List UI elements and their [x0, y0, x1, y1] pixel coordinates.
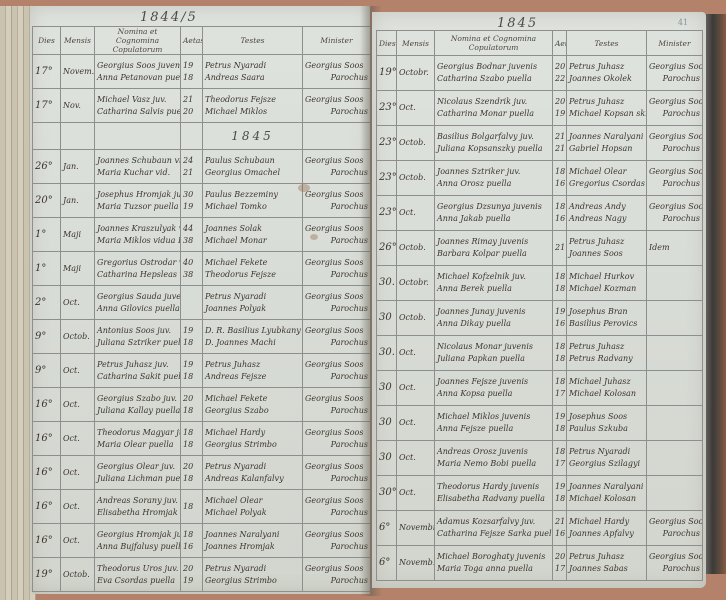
- day-cell: 16°: [33, 490, 61, 524]
- bride-age: 18: [183, 337, 200, 349]
- ages-cell: 1918: [553, 406, 567, 441]
- minister-cell: Georgius SoosParochus: [647, 546, 703, 581]
- table-row: 23°Octob.Basilius Bolgarfalvy juv.Julian…: [377, 126, 703, 161]
- minister-cell: Georgius SoosParochus: [647, 56, 703, 91]
- bride-name: Catharina Hepsleas vidua Miklos: [97, 269, 178, 281]
- bride-name: Anna Dikay puella: [437, 318, 550, 330]
- witness-1: Michael Hardy: [569, 516, 644, 528]
- day-cell: 30.: [377, 336, 397, 371]
- day-cell: 16°: [33, 422, 61, 456]
- witness-1: Theodorus Fejsze: [205, 94, 300, 106]
- right-register-table: Dies Mensis Nomina et Cognomina Copulato…: [376, 30, 703, 581]
- minister-name: Georgius Soos: [649, 516, 700, 528]
- witnesses-cell: Michael OlearGregorius Csordas: [567, 161, 647, 196]
- witness-2: Joannes Okolek: [569, 73, 644, 85]
- year-separator: 1845: [203, 123, 303, 150]
- witness-1: Michael Olear: [569, 166, 644, 178]
- groom-age: 20: [555, 551, 564, 563]
- table-row: 26°Octob.Joannes Rimay juvenisBarbara Ko…: [377, 231, 703, 266]
- bride-name: Maria Toga anna puella: [437, 563, 550, 575]
- col-mensis: Mensis: [61, 27, 95, 55]
- witness-1: Josephus Bran: [569, 306, 644, 318]
- bride-age: 18: [555, 353, 564, 365]
- minister-title: Parochus: [305, 167, 368, 179]
- bride-name: Anna Bujfalusy puella: [97, 541, 178, 553]
- day-cell: 30: [377, 301, 397, 336]
- table-row: 19°Octob.Theodorus Uros juv.Eva Csordas …: [33, 558, 371, 592]
- bride-age: 18: [183, 439, 200, 451]
- witness-2: Andreas Nagy: [569, 213, 644, 225]
- witness-2: Joannes Sabas: [569, 563, 644, 575]
- col-aetas: Aetas: [553, 31, 567, 56]
- witness-1: Michael Fekete: [205, 257, 300, 269]
- register-book: 1844/5 Dies Mensis Nomina et Cognomina C…: [0, 0, 726, 600]
- page-number: 41: [678, 18, 688, 27]
- bride-name: Catharina Fejsze Sarka puella: [437, 528, 550, 540]
- groom-age: 20: [183, 563, 200, 575]
- names-cell: Petrus Juhasz juv.Catharina Sakit puella: [95, 354, 181, 388]
- day-cell: 1°: [33, 252, 61, 286]
- minister-title: Parochus: [305, 541, 368, 553]
- groom-name: Nicolaus Szendrik juv.: [437, 96, 550, 108]
- witnesses-cell: Petrus NyaradiJoannes Polyak: [203, 286, 303, 320]
- groom-age: 18: [183, 529, 200, 541]
- witness-1: Petrus Nyaradi: [205, 60, 300, 72]
- names-cell: Josephus Hromjak juv.Maria Tuzsor puella: [95, 184, 181, 218]
- month-cell: Oct.: [397, 336, 435, 371]
- month-cell: Oct.: [61, 286, 95, 320]
- names-cell: Theodorus Magyar juv.Maria Olear puella: [95, 422, 181, 456]
- day-cell: 23°: [377, 91, 397, 126]
- witnesses-cell: Michael JuhaszMichael Kolosan: [567, 371, 647, 406]
- groom-age: 19: [183, 325, 200, 337]
- minister-name: Georgius Soos: [305, 325, 368, 337]
- day-cell: 19°: [33, 558, 61, 592]
- minister-name: Georgius Soos: [305, 461, 368, 473]
- bride-age: 22: [555, 73, 564, 85]
- day-cell: 30: [377, 441, 397, 476]
- groom-name: Joannes Fejsze juvenis: [437, 376, 550, 388]
- table-row: 17°Novem.Georgius Soos juvenisAnna Petan…: [33, 55, 371, 89]
- bride-name: Anna Kopsa puella: [437, 388, 550, 400]
- minister-name: Georgius Soos: [305, 359, 368, 371]
- names-cell: Georgius Dzsunya juvenisAnna Jakab puell…: [435, 196, 553, 231]
- minister-cell: Georgius SoosParochus: [647, 511, 703, 546]
- groom-age: 19: [555, 306, 564, 318]
- groom-age: 18: [555, 446, 564, 458]
- witnesses-cell: Michael OlearMichael Polyak: [203, 490, 303, 524]
- witness-1: Petrus Nyaradi: [205, 461, 300, 473]
- minister-name: Georgius Soos: [305, 223, 368, 235]
- minister-name: Georgius Soos: [305, 427, 368, 439]
- names-cell: Andreas Orosz juvenisMaria Nemo Bobi pue…: [435, 441, 553, 476]
- ages-cell: 1918: [181, 320, 203, 354]
- month-cell: Maji: [61, 252, 95, 286]
- bride-name: Maria Nemo Bobi puella: [437, 458, 550, 470]
- witness-1: Michael Hardy: [205, 427, 300, 439]
- minister-cell: [647, 301, 703, 336]
- month-cell: Oct.: [61, 456, 95, 490]
- names-cell: Adamus Kozsarfalvy juv.Catharina Fejsze …: [435, 511, 553, 546]
- ages-cell: 21: [553, 231, 567, 266]
- names-cell: Gregorius Ostrodar vid.Catharina Hepslea…: [95, 252, 181, 286]
- ages-cell: 18: [181, 490, 203, 524]
- col-testes: Testes: [203, 27, 303, 55]
- witness-2: Andreas Fejsze: [205, 371, 300, 383]
- witness-2: Georgius Szilagyi: [569, 458, 644, 470]
- groom-name: Georgius Olear juv.: [97, 461, 178, 473]
- names-cell: Joannes Sztriker juv.Anna Orosz puella: [435, 161, 553, 196]
- month-cell: Oct.: [397, 91, 435, 126]
- witness-2: Michael Tomko: [205, 201, 300, 213]
- col-names: Nomina et Cognomina Copulatorum: [435, 31, 553, 56]
- minister-title: Parochus: [649, 108, 700, 120]
- ages-cell: 1816: [553, 196, 567, 231]
- day-cell: 26°: [33, 150, 61, 184]
- minister-name: Georgius Soos: [305, 257, 368, 269]
- witness-2: D. Joannes Machi: [205, 337, 300, 349]
- groom-name: Georgius Sauda juvenis: [97, 291, 178, 303]
- groom-name: Theodorus Hardy juvenis: [437, 481, 550, 493]
- bride-age: 38: [183, 269, 200, 281]
- groom-name: Michael Miklos juvenis: [437, 411, 550, 423]
- witness-2: Joannes Soos: [569, 248, 644, 260]
- names-cell: Joannes Junay juvenisAnna Dikay puella: [435, 301, 553, 336]
- minister-name: Georgius Soos: [305, 189, 368, 201]
- minister-cell: [647, 441, 703, 476]
- minister-title: Parochus: [649, 213, 700, 225]
- bride-age: 19: [183, 201, 200, 213]
- bride-age: 38: [183, 235, 200, 247]
- minister-cell: [647, 266, 703, 301]
- names-cell: Basilius Bolgarfalvy juv.Juliana Kopsans…: [435, 126, 553, 161]
- witnesses-cell: D. R. Basilius LyubkanyD. Joannes Machi: [203, 320, 303, 354]
- minister-title: Parochus: [305, 405, 368, 417]
- names-cell: Michael Kofzelnik juv.Anna Berek puella: [435, 266, 553, 301]
- table-row: 30Oct.Joannes Fejsze juvenisAnna Kopsa p…: [377, 371, 703, 406]
- groom-age: 19: [183, 359, 200, 371]
- names-cell: Theodorus Uros juv.Eva Csordas puella: [95, 558, 181, 592]
- witness-2: Michael Kopsan ski: [569, 108, 644, 120]
- month-cell: Maji: [61, 218, 95, 252]
- ages-cell: [181, 286, 203, 320]
- minister-cell: [647, 406, 703, 441]
- bride-name: Anna Berek puella: [437, 283, 550, 295]
- witness-2: Michael Miklos: [205, 106, 300, 118]
- names-cell: Antonius Soos juv.Juliana Sztriker puell…: [95, 320, 181, 354]
- groom-name: Joannes Kraszulyak vid.: [97, 223, 178, 235]
- witnesses-cell: Petrus NyaradiAndreas Saara: [203, 55, 303, 89]
- minister-title: Parochus: [305, 507, 368, 519]
- witness-2: Georgius Strimbo: [205, 439, 300, 451]
- witness-2: Gabriel Hopsan: [569, 143, 644, 155]
- month-cell: Oct.: [61, 524, 95, 558]
- minister-title: Parochus: [649, 178, 700, 190]
- ages-cell: 2019: [553, 91, 567, 126]
- month-cell: Octob.: [61, 320, 95, 354]
- month-cell: Oct.: [61, 354, 95, 388]
- witnesses-cell: Michael HardyJoannes Apfalvy: [567, 511, 647, 546]
- day-cell: 19°: [377, 56, 397, 91]
- witness-2: Michael Monar: [205, 235, 300, 247]
- left-register-table: Dies Mensis Nomina et Cognomina Copulato…: [32, 26, 371, 592]
- names-cell: Michael Boroghaty juvenisMaria Toga anna…: [435, 546, 553, 581]
- witness-1: Michael Fekete: [205, 393, 300, 405]
- month-cell: Octobr.: [397, 266, 435, 301]
- groom-name: Basilius Bolgarfalvy juv.: [437, 131, 550, 143]
- bride-age: 19: [555, 108, 564, 120]
- groom-age: 20: [555, 61, 564, 73]
- groom-age: 18: [555, 166, 564, 178]
- ages-cell: 2018: [181, 388, 203, 422]
- witness-2: Georgius Omachel: [205, 167, 300, 179]
- day-cell: 9°: [33, 320, 61, 354]
- witness-1: Michael Juhasz: [569, 376, 644, 388]
- witnesses-cell: Michael HardyGeorgius Strimbo: [203, 422, 303, 456]
- bride-name: Maria Miklos vidua Rogozy: [97, 235, 178, 247]
- groom-age: 19: [183, 60, 200, 72]
- names-cell: Nicolaus Szendrik juv.Catharina Monar pu…: [435, 91, 553, 126]
- witness-1: Joannes Naralyani: [569, 131, 644, 143]
- witnesses-cell: Petrus JuhaszJoannes Sabas: [567, 546, 647, 581]
- day-cell: 23°: [377, 161, 397, 196]
- table-row: 30.Oct.Nicolaus Monar juvenisJuliana Pap…: [377, 336, 703, 371]
- groom-name: Michael Boroghaty juvenis: [437, 551, 550, 563]
- groom-name: Georgius Hromjak juv.: [97, 529, 178, 541]
- witness-1: Joannes Solak: [205, 223, 300, 235]
- table-row: 16°Oct.Theodorus Magyar juv.Maria Olear …: [33, 422, 371, 456]
- witnesses-cell: Michael HurkovMichael Kozman: [567, 266, 647, 301]
- groom-name: Michael Kofzelnik juv.: [437, 271, 550, 283]
- ink-stain: [298, 184, 310, 192]
- ages-cell: 2116: [553, 511, 567, 546]
- table-row: 23°Oct.Nicolaus Szendrik juv.Catharina M…: [377, 91, 703, 126]
- ages-cell: 1916: [553, 301, 567, 336]
- groom-name: Joannes Sztriker juv.: [437, 166, 550, 178]
- table-row: 30Oct.Michael Miklos juvenisAnna Fejsze …: [377, 406, 703, 441]
- col-aetas: Aetas: [181, 27, 203, 55]
- bride-name: Maria Olear puella: [97, 439, 178, 451]
- witnesses-cell: Joannes NaralyaniJoannes Hromjak: [203, 524, 303, 558]
- day-cell: 2°: [33, 286, 61, 320]
- minister-title: Parochus: [305, 337, 368, 349]
- day-cell: 30: [377, 406, 397, 441]
- table-row: 6°Novemb.Michael Boroghaty juvenisMaria …: [377, 546, 703, 581]
- witnesses-cell: Petrus JuhaszAndreas Fejsze: [203, 354, 303, 388]
- bride-name: Juliana Papkan puella: [437, 353, 550, 365]
- names-cell: Joannes Kraszulyak vid.Maria Miklos vidu…: [95, 218, 181, 252]
- day-cell: 16°: [33, 456, 61, 490]
- ink-stain: [310, 234, 318, 240]
- year-separator-row: 1845: [33, 123, 371, 150]
- groom-age: 18: [555, 341, 564, 353]
- witnesses-cell: Andreas AndyAndreas Nagy: [567, 196, 647, 231]
- bride-name: Anna Fejsze puella: [437, 423, 550, 435]
- minister-title: Parochus: [649, 528, 700, 540]
- table-row: 9°Octob.Antonius Soos juv.Juliana Sztrik…: [33, 320, 371, 354]
- names-cell: Andreas Sorany juv.Elisabetha Hromjak: [95, 490, 181, 524]
- witnesses-cell: Petrus JuhaszJoannes Soos: [567, 231, 647, 266]
- witness-1: Petrus Juhasz: [205, 359, 300, 371]
- names-cell: Georgius Szabo juv.Juliana Kallay puella: [95, 388, 181, 422]
- witness-2: Andreas Kalanfalvy: [205, 473, 300, 485]
- ages-cell: 1918: [181, 354, 203, 388]
- minister-name: Georgius Soos: [305, 291, 368, 303]
- witness-2: Georgius Szabo: [205, 405, 300, 417]
- book-binding-edge: [704, 14, 726, 574]
- groom-age: 20: [183, 461, 200, 473]
- col-names: Nomina et Cognomina Copulatorum: [95, 27, 181, 55]
- right-table-body: 19°Octobr.Georgius Bodnar juvenisCathari…: [377, 56, 703, 581]
- bride-age: 17: [555, 458, 564, 470]
- groom-age: 19: [555, 411, 564, 423]
- names-cell: Georgius Soos juvenisAnna Petanovan puel…: [95, 55, 181, 89]
- minister-cell: Georgius SoosParochus: [647, 161, 703, 196]
- minister-name: Georgius Soos: [649, 96, 700, 108]
- witnesses-cell: Josephus BranBasilius Perovics: [567, 301, 647, 336]
- witness-2: Georgius Strimbo: [205, 575, 300, 587]
- bride-name: Juliana Kopsanszky puella: [437, 143, 550, 155]
- month-cell: Oct.: [397, 441, 435, 476]
- groom-name: Adamus Kozsarfalvy juv.: [437, 516, 550, 528]
- minister-title: Parochus: [305, 303, 368, 315]
- ages-cell: 2121: [553, 126, 567, 161]
- ages-cell: 2421: [181, 150, 203, 184]
- witness-1: Joannes Naralyani: [205, 529, 300, 541]
- bride-age: 16: [555, 318, 564, 330]
- groom-name: Georgius Bodnar juvenis: [437, 61, 550, 73]
- witness-1: Michael Olear: [205, 495, 300, 507]
- groom-age: 40: [183, 257, 200, 269]
- groom-age: 18: [183, 501, 200, 513]
- day-cell: 30°: [377, 476, 397, 511]
- col-minister: Minister: [647, 31, 703, 56]
- minister-name: Georgius Soos: [305, 60, 368, 72]
- month-cell: Oct.: [61, 422, 95, 456]
- day-cell: 23°: [377, 196, 397, 231]
- witness-1: Petrus Nyaradi: [569, 446, 644, 458]
- groom-age: 21: [183, 94, 200, 106]
- bride-name: Catharina Monar puella: [437, 108, 550, 120]
- bride-age: 18: [555, 283, 564, 295]
- groom-age: 24: [183, 155, 200, 167]
- minister-name: Georgius Soos: [305, 393, 368, 405]
- witnesses-cell: Paulus SchubaunGeorgius Omachel: [203, 150, 303, 184]
- day-cell: 23°: [377, 126, 397, 161]
- month-cell: Oct.: [397, 196, 435, 231]
- names-cell: Georgius Hromjak juv.Anna Bujfalusy puel…: [95, 524, 181, 558]
- minister-name: Georgius Soos: [649, 201, 700, 213]
- col-dies: Dies: [33, 27, 61, 55]
- table-row: 30Oct.Andreas Orosz juvenisMaria Nemo Bo…: [377, 441, 703, 476]
- witnesses-cell: Petrus NyaradiGeorgius Szilagyi: [567, 441, 647, 476]
- ages-cell: 2017: [553, 546, 567, 581]
- minister-title: Parochus: [305, 72, 368, 84]
- right-page: 1845 41 Dies Mensis Nomina et Cognomina …: [372, 12, 706, 588]
- groom-name: Joannes Rimay juvenis: [437, 236, 550, 248]
- witness-1: Petrus Juhasz: [569, 61, 644, 73]
- minister-cell: [647, 336, 703, 371]
- ages-cell: 1818: [181, 422, 203, 456]
- table-row: 2°Oct.Georgius Sauda juvenisAnna Gilovic…: [33, 286, 371, 320]
- bride-name: Anna Orosz puella: [437, 178, 550, 190]
- names-cell: Michael Vasz juv.Catharina Salvis puella: [95, 89, 181, 123]
- minister-name: Georgius Soos: [305, 495, 368, 507]
- bride-name: Catharina Sakit puella: [97, 371, 178, 383]
- minister-title: Parochus: [305, 371, 368, 383]
- table-row: 30°Oct.Theodorus Hardy juvenisElisabetha…: [377, 476, 703, 511]
- table-row: 16°Oct.Andreas Sorany juv.Elisabetha Hro…: [33, 490, 371, 524]
- names-cell: Georgius Sauda juvenisAnna Gilovics puel…: [95, 286, 181, 320]
- groom-name: Gregorius Ostrodar vid.: [97, 257, 178, 269]
- names-cell: Joannes Rimay juvenisBarbara Kolpar puel…: [435, 231, 553, 266]
- minister-cell: Idem: [647, 231, 703, 266]
- month-cell: Octob.: [397, 126, 435, 161]
- col-mensis: Mensis: [397, 31, 435, 56]
- bride-age: 18: [183, 72, 200, 84]
- minister-title: Parochus: [305, 201, 368, 213]
- table-row: 16°Oct.Georgius Hromjak juv.Anna Bujfalu…: [33, 524, 371, 558]
- bride-name: Barbara Kolpar puella: [437, 248, 550, 260]
- witness-2: Michael Kolosan: [569, 388, 644, 400]
- ages-cell: 1817: [553, 371, 567, 406]
- minister-cell: [647, 476, 703, 511]
- table-row: 9°Oct.Petrus Juhasz juv.Catharina Sakit …: [33, 354, 371, 388]
- table-row: 17°Nov.Michael Vasz juv.Catharina Salvis…: [33, 89, 371, 123]
- minister-name: Georgius Soos: [305, 155, 368, 167]
- groom-name: Andreas Sorany juv.: [97, 495, 178, 507]
- header-row: Dies Mensis Nomina et Cognomina Copulato…: [377, 31, 703, 56]
- table-row: 23°Octob.Joannes Sztriker juv.Anna Orosz…: [377, 161, 703, 196]
- groom-name: Georgius Szabo juv.: [97, 393, 178, 405]
- table-row: 1°MajiJoannes Kraszulyak vid.Maria Miklo…: [33, 218, 371, 252]
- table-row: 16°Oct.Georgius Szabo juv.Juliana Kallay…: [33, 388, 371, 422]
- bride-name: Anna Jakab puella: [437, 213, 550, 225]
- month-cell: Novembr.: [397, 511, 435, 546]
- groom-age: 21: [555, 131, 564, 143]
- bride-name: Catharina Salvis puella: [97, 106, 178, 118]
- minister-name: Georgius Soos: [305, 563, 368, 575]
- witness-1: Petrus Juhasz: [569, 96, 644, 108]
- bride-age: 16: [183, 541, 200, 553]
- bride-age: 18: [183, 473, 200, 485]
- witness-2: Theodorus Fejsze: [205, 269, 300, 281]
- groom-age: 18: [555, 376, 564, 388]
- names-cell: Joannes Schubaun vid.Maria Kuchar vid.: [95, 150, 181, 184]
- groom-name: Joannes Junay juvenis: [437, 306, 550, 318]
- month-cell: Jan.: [61, 184, 95, 218]
- table-row: 16°Oct.Georgius Olear juv.Juliana Lichma…: [33, 456, 371, 490]
- bride-name: Anna Gilovics puella: [97, 303, 178, 315]
- bride-age: 19: [183, 575, 200, 587]
- witnesses-cell: Petrus NyaradiAndreas Kalanfalvy: [203, 456, 303, 490]
- day-cell: 16°: [33, 524, 61, 558]
- witnesses-cell: Petrus JuhaszMichael Kopsan ski: [567, 91, 647, 126]
- witnesses-cell: Joannes SolakMichael Monar: [203, 218, 303, 252]
- ages-cell: 1818: [553, 266, 567, 301]
- witness-1: Josephus Soos: [569, 411, 644, 423]
- minister-name: Georgius Soos: [649, 61, 700, 73]
- groom-age: 18: [555, 201, 564, 213]
- bride-age: 20: [183, 106, 200, 118]
- witness-1: Paulus Bezzeminy: [205, 189, 300, 201]
- names-cell: Georgius Olear juv.Juliana Lichman puell…: [95, 456, 181, 490]
- day-cell: 6°: [377, 511, 397, 546]
- bride-age: 17: [555, 563, 564, 575]
- witness-1: Petrus Juhasz: [569, 551, 644, 563]
- groom-age: 21: [555, 242, 564, 254]
- witness-2: Joannes Hromjak: [205, 541, 300, 553]
